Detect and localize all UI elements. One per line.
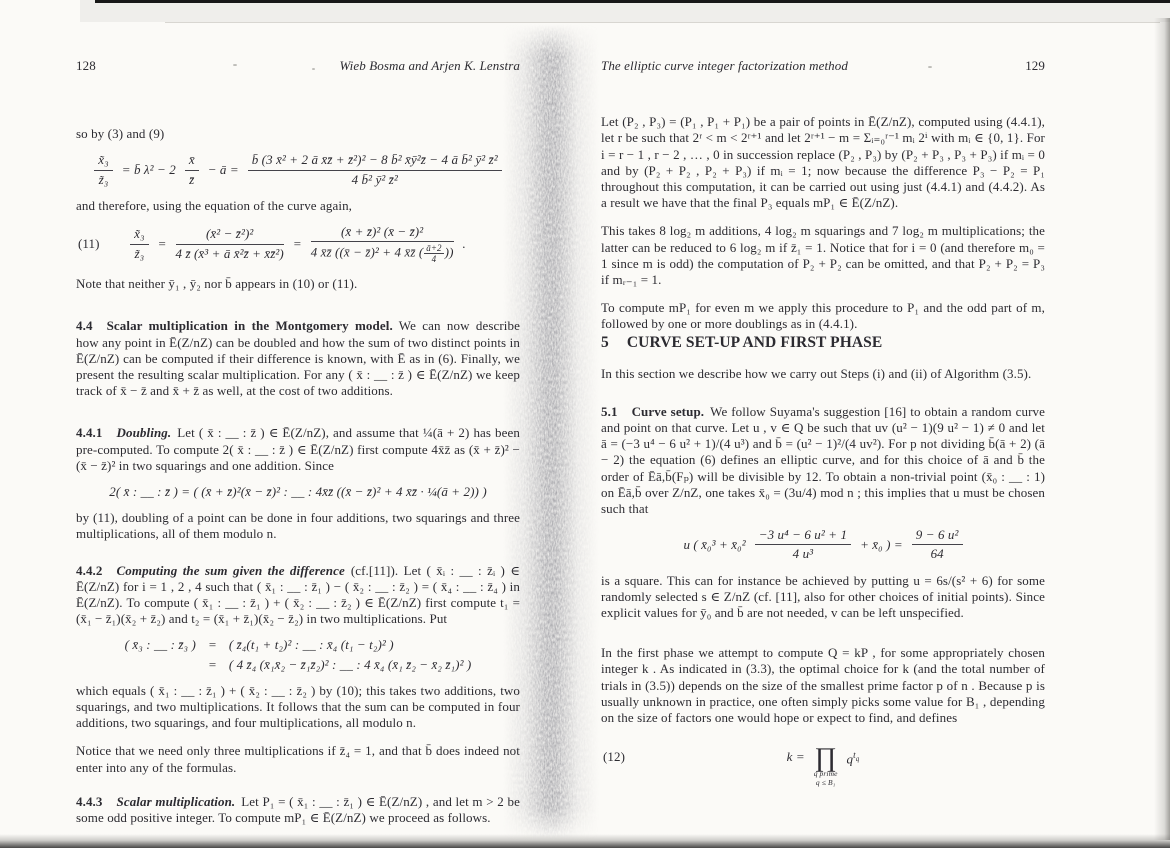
equals-sign: = [208,637,217,653]
left-running-head: 128 Wieb Bosma and Arjen K. Lenstra [76,58,520,74]
paragraph-even-m: To compute mP₁ for even m we apply this … [601,300,1045,332]
section-5-1: 5.1Curve setup.We follow Suyama's sugges… [601,404,1045,517]
section-4-4-1: 4.4.1Doubling.Let ( x̄ : __ : z̄ ) ∈ Ē(Z… [76,425,520,474]
after-doubling: by (11), doubling of a point can be done… [76,510,520,542]
fraction: (x̄ + z̄)² (x̄ − z̄)² 4 x̄z̄ ((x̄ − z̄)²… [311,224,454,264]
section-5-intro: In this section we describe how we carry… [601,366,1045,382]
section-number: 4.4.1 [76,425,103,440]
section-number: 4.4 [76,318,93,333]
fraction: x̃₃ z̃₃ [94,152,113,187]
fraction: (x̄² − z̄²)² 4 z̄ (x̄³ + ā x̄²z̄ + x̄z̄²… [176,226,284,261]
equation-9: x̃₃ z̃₃ = b̄ λ² − 2 x̄ z̄ − ā = b̄ (3 x̄… [76,152,520,187]
intro-line: so by (3) and (9) [76,126,520,142]
equation-text: k = [787,749,805,765]
product-symbol: ∏ [814,745,836,769]
section-title: Curve setup. [632,404,705,419]
section-4-4: 4.4Scalar multiplication in the Montgome… [76,318,520,399]
right-page-number: 129 [1025,58,1045,74]
equation-lhs: ( x̄₃ : __ : z̄₃ ) [125,637,196,653]
note-paragraph: Note that neither ȳ₁ , ȳ₂ nor b̄ appears… [76,276,520,292]
section-body: We follow Suyama's suggestion [16] to ob… [601,404,1045,516]
equation-tag: (11) [78,236,100,252]
equals-sign: = [208,657,217,673]
fraction-denominator: 4 x̄z̄ ((x̄ − z̄)² + 4 x̄z̄ (ā+24)) [311,242,454,264]
equation-rhs: ( z̄₄(t₁ + t₂)² : __ : x̄₄ (t₁ − t₂)² ) [229,637,472,653]
fraction: x̄ z̄ [185,152,199,187]
fraction: −3 u⁴ − 6 u² + 1 4 u³ [755,527,851,562]
section-number: 4.4.3 [76,794,103,809]
fraction: x̃₃ z̃₃ [130,226,149,261]
page-edge-line [165,22,1160,23]
paragraph-cost: This takes 8 log₂ m additions, 4 log₂ m … [601,223,1045,288]
right-running-head: The elliptic curve integer factorization… [601,58,1045,74]
section-5-heading: 5CURVE SET-UP AND FIRST PHASE [601,333,1045,352]
fraction: b̄ (3 x̄² + 2 ā x̄z̄ + z̄²)² − 8 b̄² x̄ȳ… [248,152,502,187]
right-running-title: The elliptic curve integer factorization… [601,58,848,74]
equals-sign: = [158,236,167,252]
spacer [125,657,196,673]
section-title: Doubling. [117,425,172,440]
product-limits: q prime q ≤ B₁ [814,770,838,787]
equation-tag: (12) [603,749,625,765]
scanner-background-top [80,0,1170,22]
equation-period: . [463,236,466,252]
equation-12: (12) k = ∏ q prime q ≤ B₁ qtq [601,736,1045,778]
section-4-4-3: 4.4.3Scalar multiplication.Let P₁ = ( x̄… [76,794,520,826]
right-page-column: The elliptic curve integer factorization… [601,58,1045,778]
equation-text: − ā = [208,162,239,178]
equation-rhs: ( 4 z̄₄ (x̄₁x̄₂ − z̄₁z̄₂)² : __ : 4 x̄₄ … [229,657,472,673]
equation-square-condition: u ( x̄₀³ + x̄₀² −3 u⁴ − 6 u² + 1 4 u³ + … [601,527,1045,562]
equation-sum: ( x̄₃ : __ : z̄₃ ) = ( z̄₄(t₁ + t₂)² : _… [76,637,520,672]
fraction: 9 − 6 u² 64 [912,527,963,562]
after-sum-1: which equals ( x̄₁ : __ : z̄₁ ) + ( x̄₂ … [76,683,520,732]
exponent: tq [853,750,859,760]
section-title: CURVE SET-UP AND FIRST PHASE [627,334,883,351]
nested-fraction: ā+24 [424,243,443,264]
book-scan: 128 Wieb Bosma and Arjen K. Lenstra so b… [0,0,1170,848]
equation-doubling: 2( x̄ : __ : z̄ ) = ( (x̄ + z̄)²(x̄ − z̄… [76,484,520,500]
equation-11: (11) x̃₃ z̃₃ = (x̄² − z̄²)² 4 z̄ (x̄³ + … [76,224,520,264]
paragraph-first-phase: In the first phase we attempt to compute… [601,645,1045,726]
equation-text: = b̄ λ² − 2 [122,162,176,178]
section-4-4-2: 4.4.2Computing the sum given the differe… [76,563,520,628]
equation-text: u ( x̄₀³ + x̄₀² [683,537,745,553]
product-argument: qtq [847,747,860,768]
section-number: 5.1 [601,404,618,419]
page-edge-right [1154,18,1170,840]
section-title: Scalar multiplication. [117,794,236,809]
left-running-title: Wieb Bosma and Arjen K. Lenstra [339,58,520,74]
equals-sign: = [293,236,302,252]
left-page-column: 128 Wieb Bosma and Arjen K. Lenstra so b… [76,58,520,826]
left-page-number: 128 [76,58,96,74]
section-title: Scalar multiplication in the Montgomery … [107,318,393,333]
paragraph-square: is a square. This can for instance be ac… [601,573,1045,622]
scan-border-top [95,0,1170,3]
section-title: Computing the sum given the difference [117,563,345,578]
section-number: 5 [601,334,609,351]
equation-text: + x̄₀ ) = [860,537,903,553]
between-line: and therefore, using the equation of the… [76,198,520,214]
section-number: 4.4.2 [76,563,103,578]
product-operator: ∏ q prime q ≤ B₁ [814,745,838,787]
paragraph-ladder: Let (P₂ , P₃) = (P₁ , P₁ + P₁) be a pair… [601,114,1045,211]
after-sum-2: Notice that we need only three multiplic… [76,743,520,775]
